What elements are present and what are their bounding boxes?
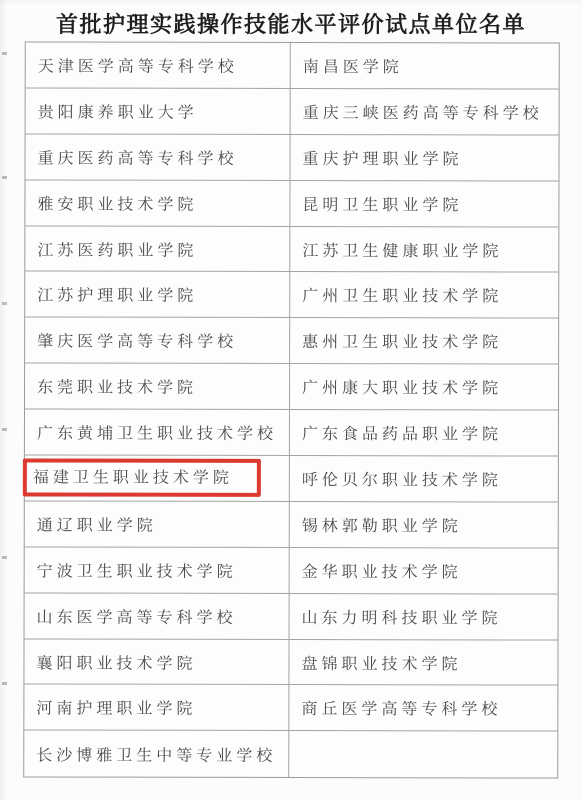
unit-name: 长沙博雅卫生中等专业学校	[36, 742, 276, 766]
table-row: 长沙博雅卫生中等专业学校	[24, 731, 557, 778]
table-row: 通辽职业学院锡林郭勒职业学院	[25, 501, 558, 548]
scan-speck	[2, 302, 7, 305]
table-row: 广东黄埔卫生职业技术学校广东食品药品职业学院	[25, 410, 558, 457]
unit-name: 重庆护理职业学院	[303, 146, 463, 169]
unit-name: 江苏卫生健康职业学院	[302, 238, 502, 261]
unit-name: 贵阳康养职业大学	[38, 99, 198, 122]
unit-cell-right: 金华职业技术学院	[290, 548, 558, 593]
unit-name: 金华职业技术学院	[302, 559, 462, 582]
unit-name: 河南护理职业学院	[36, 696, 196, 719]
unit-name: 惠州卫生职业技术学院	[302, 329, 502, 352]
scan-speck	[2, 556, 7, 559]
unit-cell-right: 呼伦贝尔职业技术学院	[290, 456, 558, 501]
table-row: 重庆医药高等专科学校重庆护理职业学院	[25, 134, 558, 181]
unit-name: 肇庆医学高等专科学校	[37, 329, 237, 352]
table-row: 天津医学高等专科学校南昌医学院	[26, 42, 559, 89]
scan-speck	[2, 682, 7, 685]
table-row: 肇庆医学高等专科学校惠州卫生职业技术学院	[25, 318, 558, 365]
unit-cell-left: 天津医学高等专科学校	[26, 42, 291, 87]
unit-cell-right: 昆明卫生职业学院	[290, 181, 558, 226]
table-row: 东莞职业技术学院广州康大职业技术学院	[25, 364, 558, 411]
unit-cell-right: 商丘医学高等专科学校	[289, 685, 557, 730]
unit-cell-left: 重庆医药高等专科学校	[25, 134, 290, 179]
table-row: 江苏医药职业学院江苏卫生健康职业学院	[25, 226, 558, 273]
unit-cell-right: 山东力明科技职业学院	[290, 594, 558, 639]
unit-name: 广东食品药品职业学院	[302, 421, 502, 444]
unit-name: 锡林郭勒职业学院	[302, 513, 462, 536]
unit-name: 江苏护理职业学院	[37, 283, 197, 306]
unit-cell-left: 通辽职业学院	[25, 501, 290, 546]
table-row: 江苏护理职业学院广州卫生职业技术学院	[25, 272, 558, 319]
unit-cell-left: 长沙博雅卫生中等专业学校	[24, 731, 289, 777]
unit-cell-left: 山东医学高等专科学校	[25, 593, 290, 638]
unit-name: 广州卫生职业技术学院	[302, 283, 502, 306]
unit-name: 雅安职业技术学院	[37, 191, 197, 214]
unit-cell-right: 广州康大职业技术学院	[290, 364, 558, 409]
unit-cell-left: 肇庆医学高等专科学校	[25, 318, 290, 363]
unit-cell-right: 盘锦职业技术学院	[289, 640, 557, 685]
pilot-units-table: 天津医学高等专科学校南昌医学院贵阳康养职业大学重庆三峡医药高等专科学校重庆医药高…	[23, 41, 560, 778]
unit-cell-right: 惠州卫生职业技术学院	[290, 318, 558, 363]
unit-cell-right: 广州卫生职业技术学院	[290, 272, 558, 317]
unit-cell-left: 襄阳职业技术学院	[24, 639, 289, 684]
unit-cell-left: 广东黄埔卫生职业技术学校	[25, 410, 290, 455]
unit-cell-right	[289, 731, 557, 777]
unit-name: 天津医学高等专科学校	[38, 53, 238, 76]
scan-speck	[2, 52, 7, 55]
unit-name: 商丘医学高等专科学校	[301, 696, 501, 719]
unit-cell-left: 福建卫生职业技术学院	[25, 455, 290, 500]
unit-name: 重庆三峡医药高等专科学校	[303, 100, 543, 124]
unit-cell-right: 南昌医学院	[291, 43, 559, 88]
table-row: 河南护理职业学院商丘医学高等专科学校	[24, 685, 557, 732]
page-title: 首批护理实践操作技能水平评价试点单位名单	[0, 8, 582, 39]
unit-name: 襄阳职业技术学院	[36, 650, 196, 673]
table-row: 雅安职业技术学院昆明卫生职业学院	[25, 180, 558, 227]
unit-name: 昆明卫生职业学院	[302, 192, 462, 215]
unit-cell-left: 江苏医药职业学院	[25, 226, 290, 271]
unit-name: 通辽职业学院	[37, 512, 157, 535]
red-highlight-box: 福建卫生职业技术学院	[23, 459, 261, 497]
table-row: 宁波卫生职业技术学院金华职业技术学院	[25, 547, 558, 594]
unit-name: 福建卫生职业技术学院	[33, 468, 233, 487]
unit-name: 江苏医药职业学院	[37, 237, 197, 260]
table-row: 贵阳康养职业大学重庆三峡医药高等专科学校	[26, 88, 559, 135]
unit-name: 东莞职业技术学院	[37, 375, 197, 398]
unit-cell-left: 江苏护理职业学院	[25, 272, 290, 317]
unit-name: 重庆医药高等专科学校	[38, 145, 238, 168]
unit-name: 山东医学高等专科学校	[37, 604, 237, 627]
unit-cell-right: 锡林郭勒职业学院	[290, 502, 558, 547]
unit-name: 呼伦贝尔职业技术学院	[302, 467, 502, 490]
unit-cell-left: 贵阳康养职业大学	[26, 88, 291, 133]
table-row: 襄阳职业技术学院盘锦职业技术学院	[24, 639, 557, 686]
unit-cell-left: 东莞职业技术学院	[25, 364, 290, 409]
table-row: 山东医学高等专科学校山东力明科技职业学院	[25, 593, 558, 640]
unit-name: 山东力明科技职业学院	[302, 605, 502, 628]
unit-cell-left: 雅安职业技术学院	[25, 180, 290, 225]
unit-cell-right: 江苏卫生健康职业学院	[290, 227, 558, 272]
scan-speck	[2, 428, 7, 431]
unit-cell-right: 重庆三峡医药高等专科学校	[291, 89, 559, 134]
unit-cell-left: 宁波卫生职业技术学院	[25, 547, 290, 592]
unit-cell-right: 重庆护理职业学院	[290, 135, 558, 180]
unit-name: 南昌医学院	[303, 54, 403, 77]
unit-name: 广州康大职业技术学院	[302, 375, 502, 398]
unit-cell-right: 广东食品药品职业学院	[290, 410, 558, 455]
unit-name: 盘锦职业技术学院	[301, 651, 461, 674]
unit-name: 宁波卫生职业技术学院	[37, 558, 237, 581]
unit-cell-left: 河南护理职业学院	[24, 685, 289, 730]
scan-speck	[2, 176, 7, 179]
unit-name: 广东黄埔卫生职业技术学校	[37, 421, 277, 445]
table-row: 福建卫生职业技术学院呼伦贝尔职业技术学院	[25, 455, 558, 502]
